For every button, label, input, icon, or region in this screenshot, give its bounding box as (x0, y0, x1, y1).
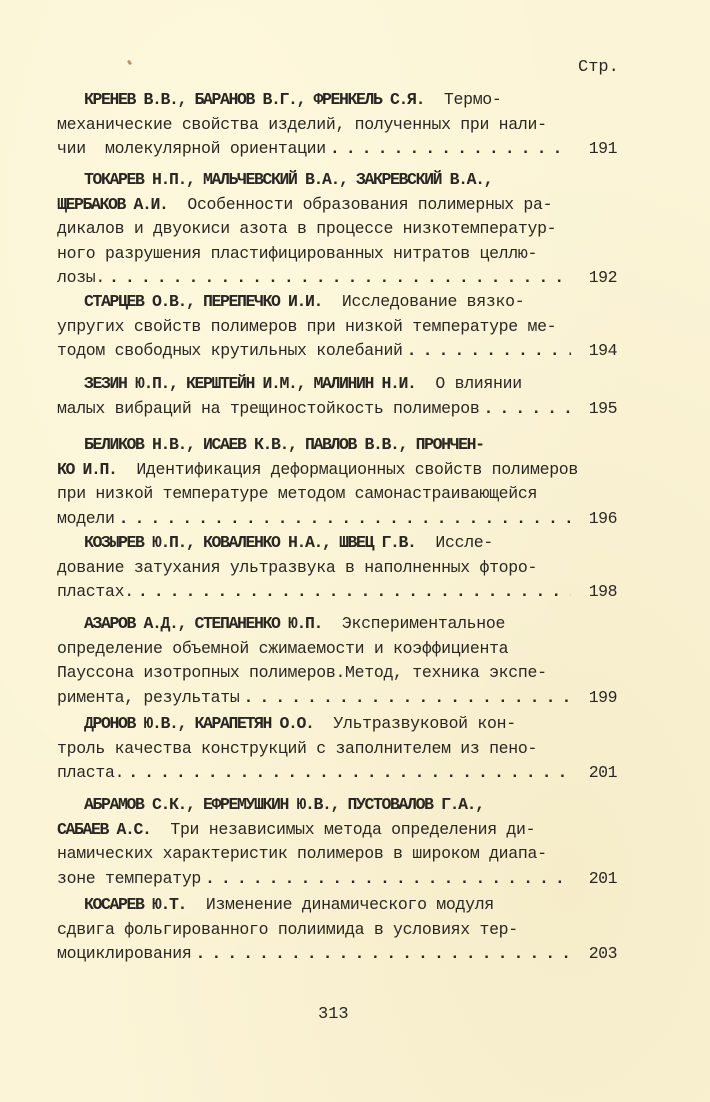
toc-entry: АЗАРОВ А.Д., СТЕПАНЕНКО Ю.П. Эксперимент… (57, 612, 617, 710)
toc-entry-text: ного разрушения пластифицированных нитра… (57, 242, 537, 267)
toc-entry-line: АЗАРОВ А.Д., СТЕПАНЕНКО Ю.П. Эксперимент… (57, 612, 617, 637)
toc-entry-line: БЕЛИКОВ Н.В., ИСАЕВ К.В., ПАВЛОВ В.В., П… (57, 433, 617, 458)
paper-speck (127, 60, 132, 66)
dot-leader: ........................................… (138, 580, 571, 605)
document-page: Стр. КРЕНЕВ В.В., БАРАНОВ В.Г., ФРЕНКЕЛЬ… (0, 0, 710, 1102)
toc-entry-line: ного разрушения пластифицированных нитра… (57, 242, 617, 267)
toc-entry-title: Исследование вязко- (342, 290, 524, 315)
toc-entry-text: дикалов и двуокиси азота в процессе низк… (57, 217, 556, 242)
toc-entry-authors: АБРАМОВ С.К., ЕФРЕМУШКИН Ю.В., ПУСТОВАЛО… (84, 793, 484, 818)
toc-entry-line: троль качества конструкций с заполнителе… (57, 737, 617, 762)
toc-entry-authors: ЩЕРБАКОВ А.И. (57, 193, 168, 218)
toc-entry-line: пластах.................................… (57, 580, 617, 605)
dot-leader: ........................................… (128, 761, 571, 786)
toc-entry-line: сдвига фольгированного полиимида в услов… (57, 918, 617, 943)
toc-entry-line: римента, результаты.....................… (57, 686, 617, 711)
toc-entry-line: ТОКАРЕВ Н.П., МАЛЬЧЕВСКИЙ В.А., ЗАКРЕВСК… (57, 168, 617, 193)
toc-entry-authors: КРЕНЕВ В.В., БАРАНОВ В.Г., ФРЕНКЕЛЬ С.Я. (84, 88, 424, 113)
toc-entry-text: тодом свободных крутильных колебаний (57, 339, 403, 364)
toc-entry-text: пластах. (57, 580, 134, 605)
spacer (186, 893, 206, 918)
toc-entry-text: дование затухания ультразвука в наполнен… (57, 556, 537, 581)
toc-entry-line: определение объемной сжимаемости и коэфф… (57, 637, 617, 662)
spacer (322, 290, 342, 315)
toc-entry-text: лозы. (57, 266, 105, 291)
toc-entry-line: Пауссона изотропных полимеров.Метод, тех… (57, 661, 617, 686)
toc-entry-line: упругих свойств полимеров при низкой тем… (57, 315, 617, 340)
toc-entry-title: Ультразвуковой кон- (333, 712, 515, 737)
toc-entry-text: при низкой температуре методом самонастр… (57, 482, 537, 507)
toc-entry-authors: ТОКАРЕВ Н.П., МАЛЬЧЕВСКИЙ В.А., ЗАКРЕВСК… (84, 168, 492, 193)
toc-entry-line: ДРОНОВ Ю.В., КАРАПЕТЯН О.О. Ультразвуков… (57, 712, 617, 737)
spacer (424, 88, 444, 113)
dot-leader: ........................................… (109, 266, 571, 291)
toc-entry-line: КРЕНЕВ В.В., БАРАНОВ В.Г., ФРЕНКЕЛЬ С.Я.… (57, 88, 617, 113)
toc-entry-line: КО И.П. Идентификация деформационных сво… (57, 458, 617, 483)
toc-entry-text: модели (57, 507, 115, 532)
spacer (151, 818, 171, 843)
toc-entry-authors: КОСАРЕВ Ю.Т. (84, 893, 186, 918)
dot-leader: ........................................… (119, 507, 571, 532)
toc-entry: ЗЕЗИН Ю.П., КЕРШТЕЙН И.М., МАЛИНИН Н.И. … (57, 372, 617, 421)
page-number: 313 (318, 1005, 349, 1024)
toc-entry-authors: ЗЕЗИН Ю.П., КЕРШТЕЙН И.М., МАЛИНИН Н.И. (84, 372, 416, 397)
toc-entry-authors: БЕЛИКОВ Н.В., ИСАЕВ К.В., ПАВЛОВ В.В., П… (84, 433, 484, 458)
toc-entry-line: АБРАМОВ С.К., ЕФРЕМУШКИН Ю.В., ПУСТОВАЛО… (57, 793, 617, 818)
toc-entry-page-number: 194 (577, 339, 617, 364)
toc-entry-page-number: 203 (577, 942, 617, 967)
toc-entry-line: СТАРЦЕВ О.В., ПЕРЕПЕЧКО И.И. Исследовани… (57, 290, 617, 315)
toc-entry-text: римента, результаты (57, 686, 239, 711)
toc-entry-line: чии молекулярной ориентации.............… (57, 137, 617, 162)
toc-entry-page-number: 195 (577, 397, 617, 422)
toc-entry-title: О влиянии (435, 372, 521, 397)
toc-entry-text: упругих свойств полимеров при низкой тем… (57, 315, 556, 340)
toc-entry-title: Иссле- (435, 531, 493, 556)
toc-entry-page-number: 198 (577, 580, 617, 605)
toc-entry-page-number: 201 (577, 761, 617, 786)
dot-leader: ........................................… (330, 137, 571, 162)
dot-leader: ........................................… (205, 867, 571, 892)
toc-entry-authors: КО И.П. (57, 458, 117, 483)
toc-entry-line: зоне температур.........................… (57, 867, 617, 892)
toc-entry-text: троль качества конструкций с заполнителе… (57, 737, 537, 762)
toc-entry-page-number: 199 (577, 686, 617, 711)
toc-entry-text: моциклирования (57, 942, 191, 967)
toc-entry-line: дикалов и двуокиси азота в процессе низк… (57, 217, 617, 242)
toc-entry-authors: АЗАРОВ А.Д., СТЕПАНЕНКО Ю.П. (84, 612, 322, 637)
toc-entry-line: ЗЕЗИН Ю.П., КЕРШТЕЙН И.М., МАЛИНИН Н.И. … (57, 372, 617, 397)
toc-entry-title: Идентификация деформационных свойств пол… (136, 458, 578, 483)
toc-entry-text: механические свойства изделий, полученны… (57, 113, 547, 138)
toc-entry-text: чии молекулярной ориентации (57, 137, 326, 162)
toc-entry-text: определение объемной сжимаемости и коэфф… (57, 637, 508, 662)
page-column-header: Стр. (578, 58, 619, 77)
toc-entry-text: Пауссона изотропных полимеров.Метод, тех… (57, 661, 547, 686)
toc-entry-line: тодом свободных крутильных колебаний....… (57, 339, 617, 364)
toc-entry-page-number: 201 (577, 867, 617, 892)
spacer (416, 531, 436, 556)
toc-entry-text: пласта. (57, 761, 124, 786)
toc-entry-text: сдвига фольгированного полиимида в услов… (57, 918, 518, 943)
toc-entry-line: модели..................................… (57, 507, 617, 532)
toc-entry-authors: КОЗЫРЕВ Ю.П., КОВАЛЕНКО Н.А., ШВЕЦ Г.В. (84, 531, 416, 556)
toc-entry-authors: ДРОНОВ Ю.В., КАРАПЕТЯН О.О. (84, 712, 314, 737)
dot-leader: ........................................… (195, 942, 571, 967)
spacer (314, 712, 334, 737)
toc-entry-title: Изменение динамического модуля (206, 893, 494, 918)
toc-entry: БЕЛИКОВ Н.В., ИСАЕВ К.В., ПАВЛОВ В.В., П… (57, 433, 617, 531)
toc-entry-line: при низкой температуре методом самонастр… (57, 482, 617, 507)
toc-entry-line: моциклирования..........................… (57, 942, 617, 967)
toc-entry-line: намических характеристик полимеров в шир… (57, 842, 617, 867)
toc-entry-text: малых вибраций на трещиностойкость полим… (57, 397, 479, 422)
toc-entry-authors: САБАЕВ А.С. (57, 818, 151, 843)
toc-entry-title: Три независимых метода определения ди- (170, 818, 535, 843)
spacer (322, 612, 342, 637)
spacer (416, 372, 436, 397)
toc-entry-text: намических характеристик полимеров в шир… (57, 842, 547, 867)
dot-leader: ........................................… (243, 686, 571, 711)
spacer (117, 458, 137, 483)
toc-entry-line: КОЗЫРЕВ Ю.П., КОВАЛЕНКО Н.А., ШВЕЦ Г.В. … (57, 531, 617, 556)
toc-entry-title: Экспериментальное (342, 612, 505, 637)
toc-entry-title: Термо- (444, 88, 502, 113)
toc-entry: КОСАРЕВ Ю.Т. Изменение динамического мод… (57, 893, 617, 967)
toc-entry-title: Особенности образования полимерных ра- (187, 193, 552, 218)
dot-leader: ........................................… (483, 397, 571, 422)
toc-entry: ТОКАРЕВ Н.П., МАЛЬЧЕВСКИЙ В.А., ЗАКРЕВСК… (57, 168, 617, 291)
toc-entry: КРЕНЕВ В.В., БАРАНОВ В.Г., ФРЕНКЕЛЬ С.Я.… (57, 88, 617, 162)
toc-entry-page-number: 192 (577, 266, 617, 291)
toc-entry-line: пласта..................................… (57, 761, 617, 786)
toc-entry: КОЗЫРЕВ Ю.П., КОВАЛЕНКО Н.А., ШВЕЦ Г.В. … (57, 531, 617, 605)
toc-entry-text: зоне температур (57, 867, 201, 892)
toc-entry: СТАРЦЕВ О.В., ПЕРЕПЕЧКО И.И. Исследовани… (57, 290, 617, 364)
toc-entry-authors: СТАРЦЕВ О.В., ПЕРЕПЕЧКО И.И. (84, 290, 322, 315)
toc-entry-line: ЩЕРБАКОВ А.И. Особенности образования по… (57, 193, 617, 218)
toc-entry-line: малых вибраций на трещиностойкость полим… (57, 397, 617, 422)
toc-entry-line: КОСАРЕВ Ю.Т. Изменение динамического мод… (57, 893, 617, 918)
toc-entry: АБРАМОВ С.К., ЕФРЕМУШКИН Ю.В., ПУСТОВАЛО… (57, 793, 617, 891)
toc-entry-page-number: 191 (577, 137, 617, 162)
toc-entry: ДРОНОВ Ю.В., КАРАПЕТЯН О.О. Ультразвуков… (57, 712, 617, 786)
toc-entry-line: лозы....................................… (57, 266, 617, 291)
toc-entry-line: механические свойства изделий, полученны… (57, 113, 617, 138)
toc-entry-line: САБАЕВ А.С. Три независимых метода опред… (57, 818, 617, 843)
spacer (168, 193, 188, 218)
dot-leader: ........................................… (407, 339, 571, 364)
toc-entry-line: дование затухания ультразвука в наполнен… (57, 556, 617, 581)
toc-entry-page-number: 196 (577, 507, 617, 532)
